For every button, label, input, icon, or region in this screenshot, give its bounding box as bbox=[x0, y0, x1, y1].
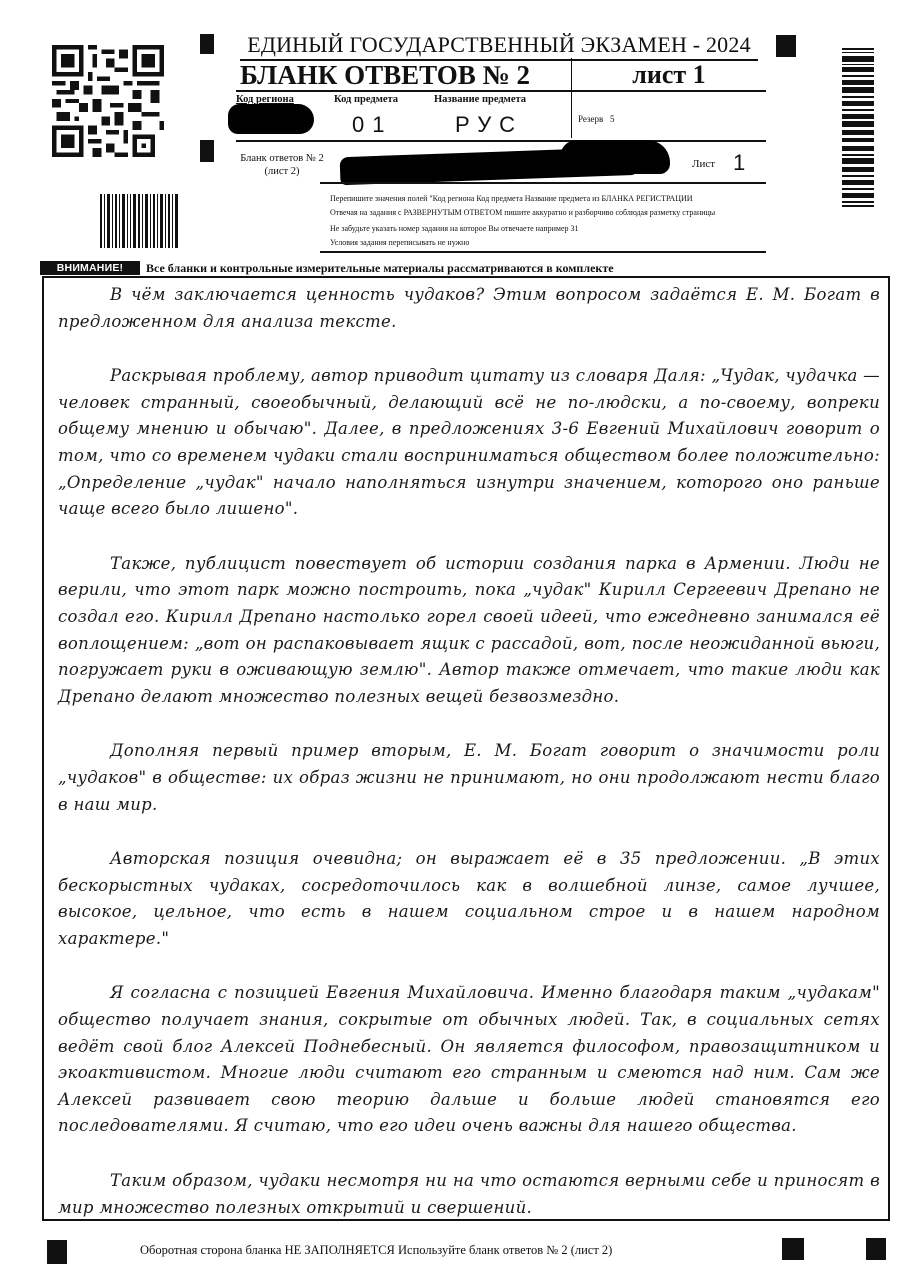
form-title: БЛАНК ОТВЕТОВ № 2 bbox=[240, 60, 570, 90]
header-rule-4 bbox=[320, 251, 766, 253]
instruction-2: Отвечая на задания с РАЗВЕРНУТЫМ ОТВЕТОМ… bbox=[330, 208, 715, 218]
barcode-horizontal-icon bbox=[100, 194, 178, 248]
exam-title: ЕДИНЫЙ ГОСУДАРСТВЕННЫЙ ЭКЗАМЕН - 2024 bbox=[240, 32, 758, 61]
alignment-marker-bottom-right-2 bbox=[866, 1238, 886, 1260]
qr-code-icon bbox=[52, 42, 164, 160]
alignment-marker-bottom-left bbox=[47, 1240, 67, 1264]
header-rule-3 bbox=[320, 182, 766, 184]
attention-text: Все бланки и контрольные измерительные м… bbox=[146, 261, 614, 275]
essay-paragraph: Таким образом, чудаки несмотря ни на что… bbox=[58, 1168, 880, 1221]
answer-form-2-subtitle: (лист 2) bbox=[226, 165, 338, 178]
alignment-marker-bottom-right-1 bbox=[782, 1238, 804, 1260]
instruction-4: Условия задания переписывать не нужно bbox=[330, 238, 469, 248]
subject-name-label: Название предмета bbox=[434, 94, 526, 105]
answer-form-number-redaction-2 bbox=[560, 140, 670, 174]
barcode-vertical-icon bbox=[842, 48, 874, 208]
alignment-marker-top-left bbox=[200, 34, 214, 54]
essay-paragraph: Я согласна с позицией Евгения Михайлович… bbox=[58, 980, 880, 1140]
essay-paragraph: Дополняя первый пример вторым, Е. М. Бог… bbox=[58, 738, 880, 818]
attention-badge: ВНИМАНИЕ! bbox=[40, 261, 140, 275]
reserve-label: Резерв bbox=[578, 114, 603, 124]
essay-paragraph: Раскрывая проблему, автор приводит цитат… bbox=[58, 363, 880, 523]
reserve-field: Резерв 5 bbox=[578, 114, 615, 124]
instruction-1: Перепишите значения полей "Код региона К… bbox=[330, 194, 693, 204]
answer-form-2-title: Бланк ответов № 2 bbox=[226, 152, 338, 165]
alignment-marker-mid-left bbox=[200, 140, 214, 162]
header-rule-2 bbox=[236, 140, 766, 142]
header-rule-1 bbox=[236, 90, 766, 92]
region-code-redaction bbox=[228, 104, 314, 134]
sheet-label: Лист bbox=[692, 158, 715, 170]
essay-paragraph: Авторская позиция очевидна; он выражает … bbox=[58, 846, 880, 952]
essay-text: В чём заключается ценность чудаков? Этим… bbox=[58, 282, 880, 1221]
footer-note: Оборотная сторона бланка НЕ ЗАПОЛНЯЕТСЯ … bbox=[140, 1243, 612, 1258]
essay-paragraph: Также, публицист повествует об истории с… bbox=[58, 551, 880, 711]
subject-code-label: Код предмета bbox=[334, 94, 398, 105]
essay-paragraph: В чём заключается ценность чудаков? Этим… bbox=[58, 282, 880, 335]
alignment-marker-top-right bbox=[776, 35, 796, 57]
answer-form-2-label: Бланк ответов № 2 (лист 2) bbox=[226, 152, 338, 178]
sheet-number: 1 bbox=[733, 150, 745, 176]
sheet-title: лист 1 bbox=[572, 60, 766, 90]
subject-name-value: РУС bbox=[455, 112, 523, 138]
reserve-value: 5 bbox=[610, 114, 615, 124]
instruction-3: Не забудьте указать номер задания на кот… bbox=[330, 224, 579, 234]
subject-code-value: 01 bbox=[352, 112, 392, 138]
